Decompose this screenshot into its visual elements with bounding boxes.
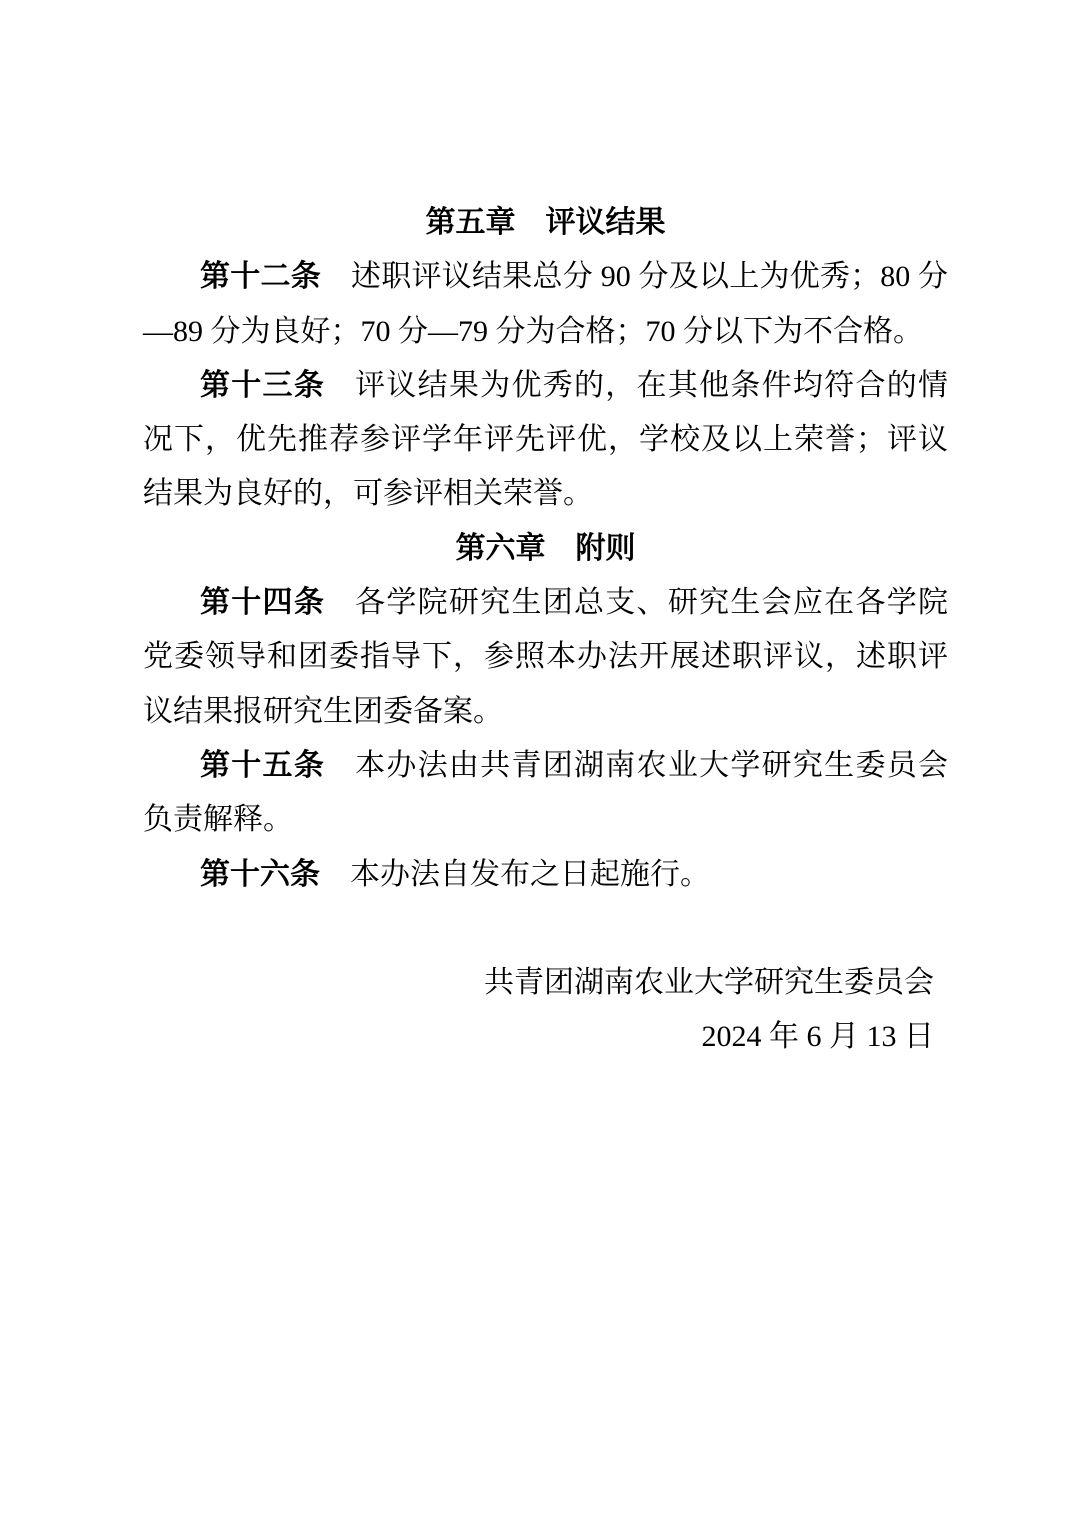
document-page: 第五章 评议结果 第十二条述职评议结果总分 90 分及以上为优秀；80 分—89…: [0, 0, 1074, 1520]
article-12-number: 第十二条: [200, 260, 321, 293]
article-15: 第十五条本办法由共青团湖南农业大学研究生委员会负责解释。: [143, 739, 948, 848]
article-16: 第十六条本办法自发布之日起施行。: [143, 848, 948, 902]
chapter-5-heading: 第五章 评议结果: [143, 196, 948, 250]
article-13: 第十三条评议结果为优秀的，在其他条件均符合的情况下，优先推荐参评学年评先评优，学…: [143, 359, 948, 522]
document-content: 第五章 评议结果 第十二条述职评议结果总分 90 分及以上为优秀；80 分—89…: [143, 196, 948, 1065]
signature-block: 共青团湖南农业大学研究生委员会 2024 年 6 月 13 日: [143, 956, 948, 1065]
article-15-number: 第十五条: [200, 749, 325, 782]
article-14-number: 第十四条: [200, 586, 325, 619]
signature-date: 2024 年 6 月 13 日: [143, 1010, 934, 1064]
article-16-number: 第十六条: [200, 858, 320, 891]
article-16-text: 本办法自发布之日起施行。: [350, 858, 710, 891]
article-12: 第十二条述职评议结果总分 90 分及以上为优秀；80 分—89 分为良好；70 …: [143, 250, 948, 359]
signature-org: 共青团湖南农业大学研究生委员会: [143, 956, 934, 1010]
article-14: 第十四条各学院研究生团总支、研究生会应在各学院党委领导和团委指导下，参照本办法开…: [143, 576, 948, 739]
article-13-number: 第十三条: [200, 369, 325, 402]
chapter-6-heading: 第六章 附则: [143, 522, 948, 576]
